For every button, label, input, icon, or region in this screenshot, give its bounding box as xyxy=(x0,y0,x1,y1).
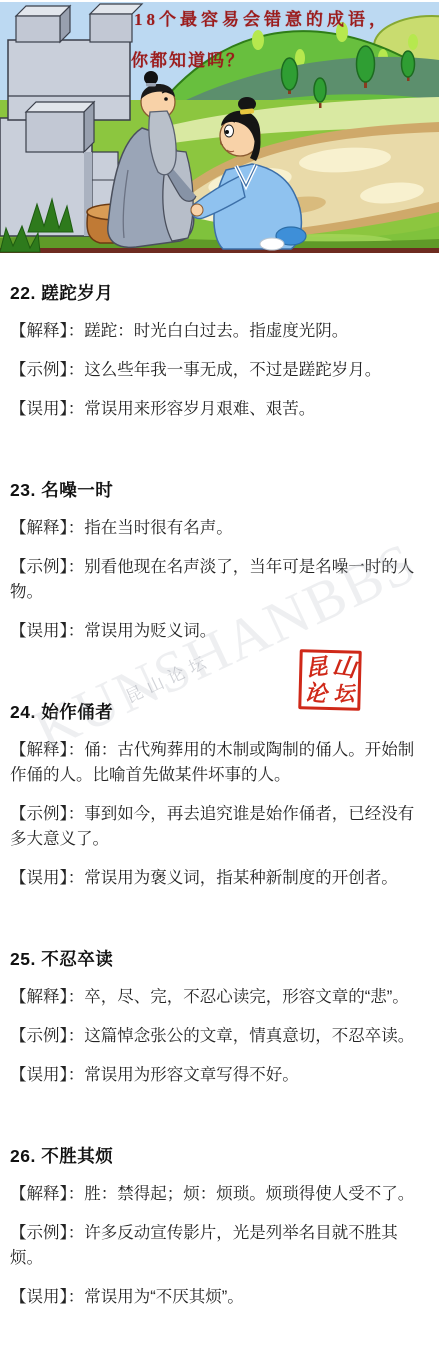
entry-misuse: 【误用】：常误用来形容岁月艰难、艰苦。 xyxy=(10,397,429,422)
old-man-bun xyxy=(144,71,158,85)
young-man-topknot xyxy=(238,97,256,111)
entry-title: 23. 名噪一时 xyxy=(10,477,429,502)
idiom-list: 22. 蹉跎岁月 【解释】：蹉跎：时光白白过去。指虚度光阴。 【示例】：这么些年… xyxy=(0,280,439,1310)
entry-example: 【示例】：这篇悼念张公的文章，情真意切，不忍卒读。 xyxy=(10,1024,429,1049)
old-man-eye xyxy=(164,97,168,101)
young-man-eye xyxy=(225,130,229,134)
entry-title: 22. 蹉跎岁月 xyxy=(10,280,429,305)
entry-misuse: 【误用】：常误用为贬义词。 xyxy=(10,619,429,644)
entry-section: 23. 名噪一时 【解释】：指在当时很有名声。 【示例】：别看他现在名声淡了，当… xyxy=(10,477,429,644)
banner-title-line2: 你都知道吗？ xyxy=(131,46,245,71)
entry-explanation: 【解释】：俑：古代殉葬用的木制或陶制的俑人。开始制作俑的人。比喻首先做某件坏事的… xyxy=(10,738,429,788)
entry-title: 24. 始作俑者 xyxy=(10,699,429,724)
entry-section: 25. 不忍卒读 【解释】：卒，尽、完，不忍心读完，形容文章的“悲”。 【示例】… xyxy=(10,946,429,1088)
entry-explanation: 【解释】：指在当时很有名声。 xyxy=(10,516,429,541)
entry-section: 24. 始作俑者 【解释】：俑：古代殉葬用的木制或陶制的俑人。开始制作俑的人。比… xyxy=(10,699,429,891)
entry-explanation: 【解释】：蹉跎：时光白白过去。指虚度光阴。 xyxy=(10,319,429,344)
page: 18个最容易会错意的成语， 你都知道吗？ 22. 蹉跎岁月 【解释】：蹉跎：时光… xyxy=(0,0,439,1310)
entry-title: 26. 不胜其烦 xyxy=(10,1143,429,1168)
entry-explanation: 【解释】：胜：禁得起；烦：烦琐。烦琐得使人受不了。 xyxy=(10,1182,429,1207)
entry-example: 【示例】：别看他现在名声淡了，当年可是名噪一时的人物。 xyxy=(10,555,429,605)
entry-misuse: 【误用】：常误用为“不厌其烦”。 xyxy=(10,1285,429,1310)
banner-title-line1: 18个最容易会错意的成语， xyxy=(134,5,390,30)
entry-misuse: 【误用】：常误用为褒义词，指某种新制度的开创者。 xyxy=(10,866,429,891)
hill-leaf xyxy=(252,30,264,50)
young-man-hand xyxy=(191,204,203,216)
entry-explanation: 【解释】：卒，尽、完，不忍心读完，形容文章的“悲”。 xyxy=(10,985,429,1010)
entry-example: 【示例】：许多反动宣传影片，光是列举名目就不胜其烦。 xyxy=(10,1221,429,1271)
hill-leaf xyxy=(408,34,418,50)
entry-example: 【示例】：事到如今，再去追究谁是始作俑者，已经没有多大意义了。 xyxy=(10,802,429,852)
entry-misuse: 【误用】：常误用为形容文章写得不好。 xyxy=(10,1063,429,1088)
entry-section: 26. 不胜其烦 【解释】：胜：禁得起；烦：烦琐。烦琐得使人受不了。 【示例】：… xyxy=(10,1143,429,1310)
bottom-border xyxy=(0,248,439,253)
entry-example: 【示例】：这么些年我一事无成，不过是蹉跎岁月。 xyxy=(10,358,429,383)
entry-section: 22. 蹉跎岁月 【解释】：蹉跎：时光白白过去。指虚度光阴。 【示例】：这么些年… xyxy=(10,280,429,422)
banner-illustration: 18个最容易会错意的成语， 你都知道吗？ xyxy=(0,0,439,253)
cartoon-scene xyxy=(0,0,439,253)
entry-title: 25. 不忍卒读 xyxy=(10,946,429,971)
